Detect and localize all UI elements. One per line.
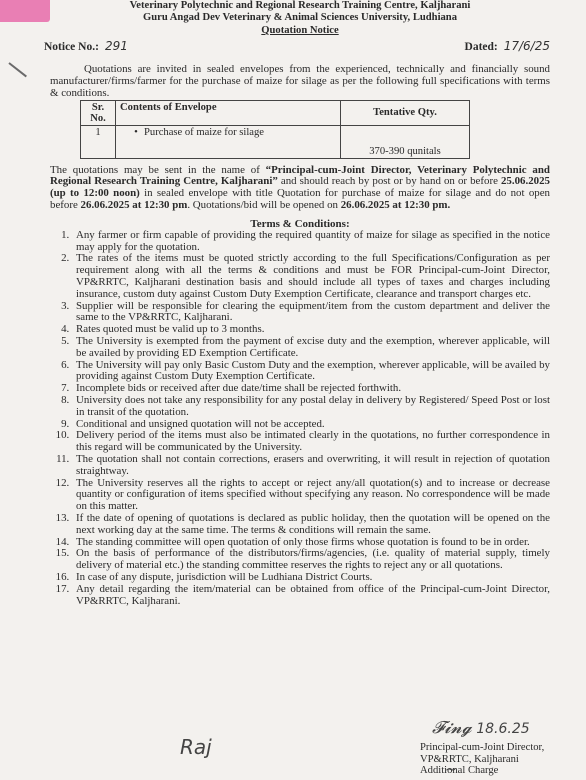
term-item: Any farmer or firm capable of providing … xyxy=(72,230,550,254)
term-item: Any detail regarding the item/material c… xyxy=(72,584,550,608)
col-sr-no: Sr. No. xyxy=(81,100,116,125)
term-item: In case of any dispute, jurisdiction wil… xyxy=(72,572,550,584)
term-item: Delivery period of the items must also b… xyxy=(72,430,550,454)
notice-number: Notice No.:291 xyxy=(44,39,128,53)
cell-sr: 1 xyxy=(81,125,116,158)
table-header-row: Sr. No. Contents of Envelope Tentative Q… xyxy=(81,100,470,125)
terms-heading: Terms & Conditions: xyxy=(50,218,550,230)
term-item: The University reserves all the rights t… xyxy=(72,478,550,513)
signature-date: 18.6.25 xyxy=(476,721,529,737)
col-qty: Tentative Qty. xyxy=(341,100,470,125)
notice-date-value: 17/6/25 xyxy=(504,39,550,53)
term-item: The University will pay only Basic Custo… xyxy=(72,360,550,384)
cell-qty: 370-390 qunitals xyxy=(341,125,470,158)
term-item: University does not take any responsibil… xyxy=(72,395,550,419)
notice-number-value: 291 xyxy=(105,39,128,53)
opening-date: 26.06.2025 at 12:30 pm. xyxy=(341,199,451,211)
notice-meta: Notice No.:291 Dated:17/6/25 xyxy=(44,39,550,53)
submission-paragraph: The quotations may be sent in the name o… xyxy=(50,165,550,212)
bottom-scrawl: ~ xyxy=(445,762,457,778)
cell-contents: •Purchase of maize for silage xyxy=(116,125,341,158)
terms-list: Any farmer or firm capable of providing … xyxy=(50,230,550,608)
signatory-office: VP&RRTC, Kaljharani xyxy=(420,754,544,766)
notice-title: Quotation Notice xyxy=(50,25,550,37)
signatory-title: Principal-cum-Joint Director, xyxy=(420,742,544,754)
term-item: The quotation shall not contain correcti… xyxy=(72,454,550,478)
bullet-icon: • xyxy=(128,127,144,138)
quotation-table: Sr. No. Contents of Envelope Tentative Q… xyxy=(80,100,470,159)
term-item: Supplier will be responsible for clearin… xyxy=(72,301,550,325)
pink-sticky-tab xyxy=(0,0,50,22)
signature-scrawl: 𝓕𝓲𝓷𝓰 18.6.25 xyxy=(432,718,530,738)
initials-scrawl: Raj xyxy=(180,735,212,759)
col-contents: Contents of Envelope xyxy=(116,100,341,125)
term-item: The University is exempted from the paym… xyxy=(72,336,550,360)
term-item: On the basis of performance of the distr… xyxy=(72,548,550,572)
institute-name: Veterinary Polytechnic and Regional Rese… xyxy=(50,0,550,12)
term-item: If the date of opening of quotations is … xyxy=(72,513,550,537)
term-item: The rates of the items must be quoted st… xyxy=(72,253,550,300)
intro-paragraph: Quotations are invited in sealed envelop… xyxy=(50,64,550,99)
quotation-notice-page: Veterinary Polytechnic and Regional Rese… xyxy=(50,0,550,607)
pen-mark xyxy=(8,62,27,77)
table-row: 1 •Purchase of maize for silage 370-390 … xyxy=(81,125,470,158)
open-not-before: 26.06.2025 at 12:30 pm xyxy=(81,199,188,211)
letterhead: Veterinary Polytechnic and Regional Rese… xyxy=(50,0,550,37)
signature-block: Principal-cum-Joint Director, VP&RRTC, K… xyxy=(420,742,544,777)
university-name: Guru Angad Dev Veterinary & Animal Scien… xyxy=(50,12,550,24)
signatory-charge: Additional Charge xyxy=(420,765,544,777)
notice-date: Dated:17/6/25 xyxy=(465,39,550,53)
